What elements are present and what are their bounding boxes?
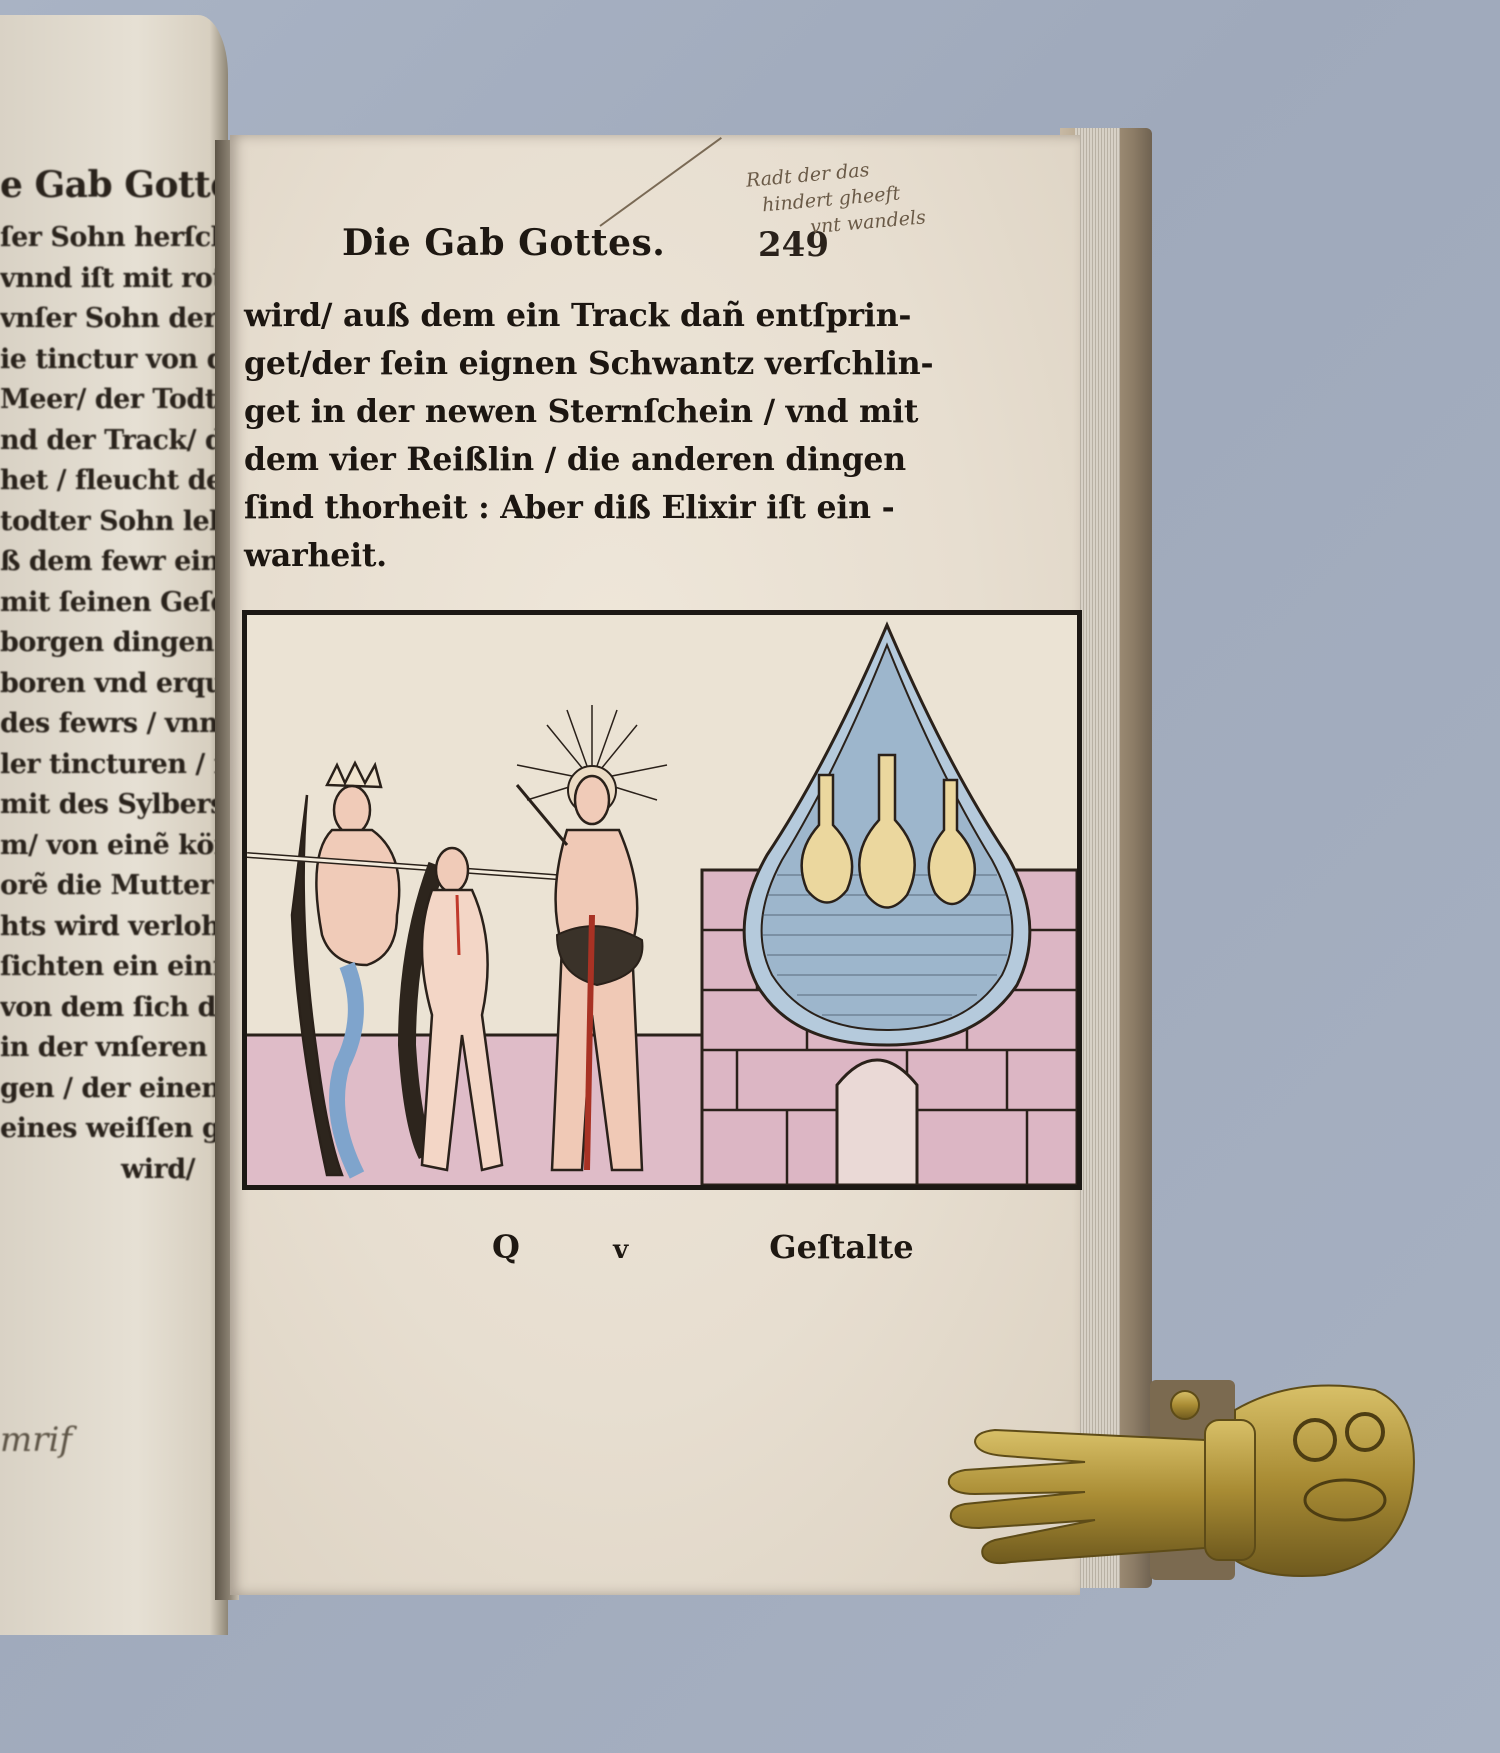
signature-sub: v <box>613 1235 758 1265</box>
left-page-text: e Gab Gottes, ſer Sohn herſchet vnnd iſt… <box>0 160 225 1190</box>
body-line: get in der newen Sternſchein / vnd mit <box>244 388 844 436</box>
left-line: vnnd iſt mit roten W <box>0 259 225 300</box>
left-line: wird/ <box>0 1150 225 1191</box>
left-line: boren vnd erquickt <box>0 664 225 705</box>
running-head: Die Gab Gottes. <box>342 222 665 264</box>
left-line: orẽ die Mutter Mag <box>0 866 225 907</box>
left-line: ß dem fewr ein König <box>0 542 225 583</box>
left-line: mit ſeinen Geſellen/ <box>0 583 225 624</box>
body-line: ſind thorheit : Aber diß Elixir iſt ein … <box>244 484 844 532</box>
brass-hand-clip <box>935 1370 1425 1600</box>
catchword: Geſtalte <box>769 1228 913 1266</box>
marginal-annotation: Radt der das hindert gheeft vnt wandels <box>745 152 927 245</box>
left-line: ſer Sohn herſchet <box>0 218 225 259</box>
left-line: borgen dingen. Ab <box>0 623 225 664</box>
left-line: Meer/ der Todt/ wi <box>0 380 225 421</box>
body-line: wird/ auß dem ein Track dañ entſprin- <box>244 292 844 340</box>
left-line: ie tinctur von dem <box>0 340 225 381</box>
left-line: m/ von einẽ königlich <box>0 826 225 867</box>
left-line: ler tincturen / inn d <box>0 745 225 786</box>
left-line: mit des Sylbers <box>0 785 225 826</box>
body-line: dem vier Reißlin / die anderen dingen <box>244 436 844 484</box>
left-line: eines weiſſen geſiders <box>0 1109 225 1150</box>
left-running-head: e Gab Gottes, <box>0 160 225 210</box>
left-line: het / fleucht der fra <box>0 461 225 502</box>
left-line: in der vnſeren ſchwar <box>0 1028 225 1069</box>
body-line: warheit. <box>244 532 844 580</box>
left-line: hts wird verlohẽ/ <box>0 907 225 948</box>
left-line: vnſer Sohn der geb <box>0 299 225 340</box>
body-text: wird/ auß dem ein Track dañ entſprin- ge… <box>244 292 844 580</box>
woodcut-illustration <box>242 610 1082 1190</box>
left-line: des fewrs / vnnd <box>0 704 225 745</box>
left-line: ſichten ein einfeltig <box>0 947 225 988</box>
handwritten-note: mrif <box>0 1420 72 1460</box>
page-footer: Q v Geſtalte <box>492 1228 914 1266</box>
left-line: todter Sohn lebt <box>0 502 225 543</box>
signature-mark: Q <box>492 1228 602 1266</box>
brass-hand-icon <box>935 1370 1425 1600</box>
left-line: gen / der einen Adler <box>0 1069 225 1110</box>
body-line: get/der ſein eignen Schwantz verſchlin- <box>244 340 844 388</box>
alchemical-scene-icon <box>247 615 1077 1185</box>
left-line: nd der Track/ der bi <box>0 421 225 462</box>
left-line: von dem ſich der Rapp <box>0 988 225 1029</box>
